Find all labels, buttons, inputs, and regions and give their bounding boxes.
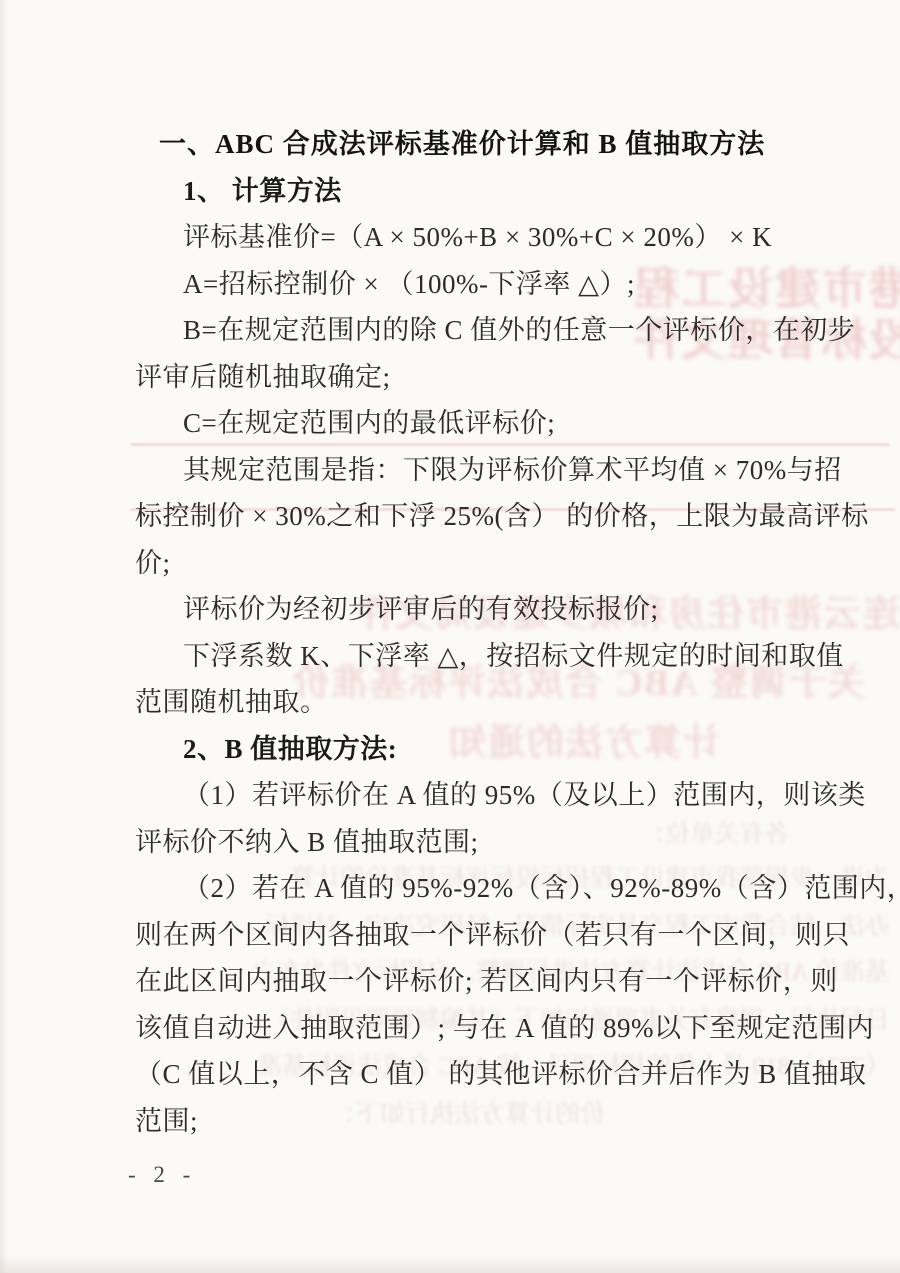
text-line: B=在规定范围内的除 C 值外的任意一个评标价，在初步 [135,307,783,354]
text-line: 下浮系数 K、下浮率 △，按招标文件规定的时间和取值 [135,633,783,680]
page-number: - 2 - [128,1162,196,1188]
document-body: 一、ABC 合成法评标基准价计算和 B 值抽取方法 1、 计算方法 评标基准价=… [135,121,783,1144]
text-line: 评标价不纳入 B 值抽取范围; [135,819,783,866]
text-line: 该值自动进入抽取范围）; 与在 A 值的 89%以下至规定范围内 [135,1005,783,1052]
scan-edge [0,1257,900,1273]
section-1-heading: 1、 计算方法 [135,168,783,215]
text-line: A=招标控制价 × （100%-下浮率 △）; [135,261,783,308]
text-line: 范围随机抽取。 [135,679,783,726]
text-line: 评标基准价=（A × 50%+B × 30%+C × 20%） × K [135,214,783,261]
scanned-document-page: 连云港市建设工程 招标投标管理文件 连云港市住房和城乡建设局文件 关于调整 AB… [0,0,900,1273]
text-line: 评标价为经初步评审后的有效投标报价; [135,586,783,633]
text-line: （2）若在 A 值的 95%-92%（含）、92%-89%（含）范围内， [135,865,783,912]
text-line: C=在规定范围内的最低评标价; [135,400,783,447]
text-line: 其规定范围是指：下限为评标价算术平均值 × 70%与招 [135,447,783,494]
text-line: 评审后随机抽取确定; [135,354,783,401]
scan-edge [0,0,9,1273]
doc-heading: 一、ABC 合成法评标基准价计算和 B 值抽取方法 [135,121,783,168]
section-2-heading: 2、B 值抽取方法: [135,726,783,773]
text-line: 则在两个区间内各抽取一个评标价（若只有一个区间，则只 [135,912,783,959]
text-line: 范围; [135,1098,783,1145]
text-line: 在此区间内抽取一个评标价; 若区间内只有一个评标价，则 [135,958,783,1005]
text-line: 标控制价 × 30%之和下浮 25%(含） 的价格，上限为最高评标 [135,493,783,540]
text-line: （C 值以上，不含 C 值） 的其他评标价合并后作为 B 值抽取 [135,1051,783,1098]
text-line: 价; [135,540,783,587]
text-line: （1）若评标价在 A 值的 95%（及以上）范围内，则该类 [135,772,783,819]
